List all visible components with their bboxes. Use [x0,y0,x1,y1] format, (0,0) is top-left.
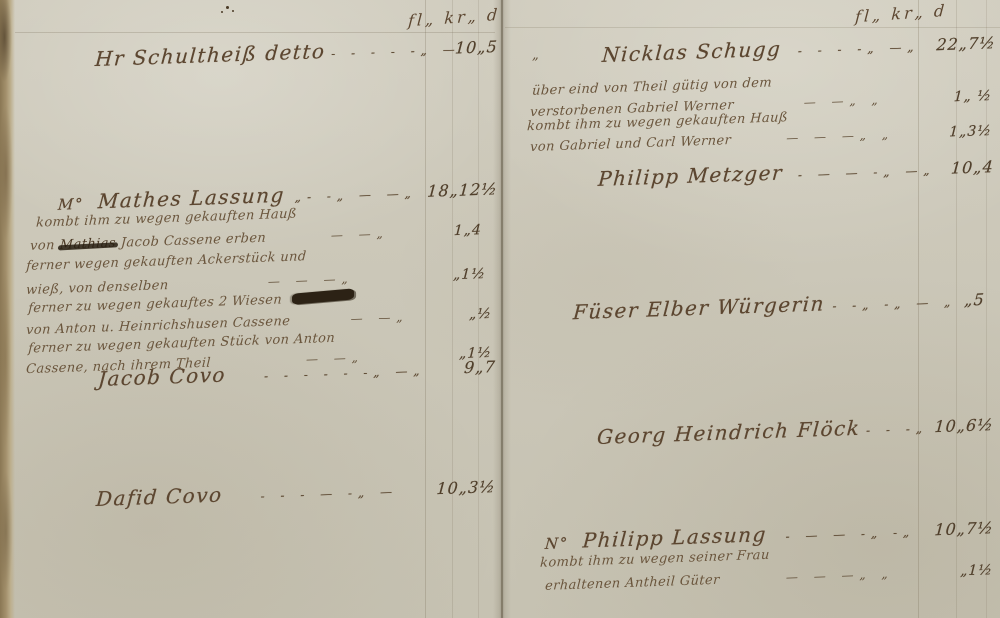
entry-georg-floeck: Georg Heindrich Flöck - - -„ —„ 10„6½ [596,411,994,449]
entry-amount: „5 [964,290,986,310]
entry-dafid-covo: Dafid Covo - - - — -„ — 10„3½ [95,473,496,511]
dash-leader: — —„ [290,308,469,328]
line-amount: 1„ ½ [953,88,992,105]
entry-amount: 22„7½ [936,33,997,54]
dash-leader: - - - -„ —„ [781,39,937,58]
entry-title: Jacob Covo [97,362,227,391]
dash-leader: - — — -„ -„ [766,524,935,544]
money-column-header-right: fl„ kr„ d [854,1,947,27]
entry-title: Füser Elber Würgerin [572,291,826,324]
entry-philipp-metzger: Philipp Metzger - — — -„ —„ 10„4 [597,153,994,191]
entry-title: Dafid Covo [95,483,223,511]
dash-leader: - - - - -„ —„ [325,42,456,61]
detail-text: über eind von Theil gütig von dem [532,75,773,98]
detail-text: Jacob Cassene erben [120,231,266,251]
ditto-mark: „ [532,48,539,63]
line-amount: „1½ [960,562,994,579]
entry-prefix: N° [544,534,569,553]
entry-prefix: M° [57,195,84,214]
entry-title: Georg Heindrich Flöck [596,416,861,449]
entry-amount: 10„5 [454,37,498,58]
gutter-fold-line [501,0,503,618]
detail-text: von [30,238,56,254]
dash-leader: - - -„ —„ [860,421,935,438]
deckle-edge [0,0,15,618]
entry-schultheiss: Hr Schultheiß detto - - - - -„ —„ 10„5 [94,33,498,71]
dash-leader: - - - - - -„ —„ [225,362,464,384]
ink-speck [226,6,229,9]
ink-blot [292,288,354,304]
dash-leader: - - - — -„ — [222,483,437,505]
header-rule [15,32,495,33]
ink-speck [232,10,234,12]
ledger-scan: fl„ kr„ d Hr Schultheiß detto - - - - -„… [0,0,1000,618]
entry-title: Nicklas Schugg [601,37,782,67]
line-amount: „½ [469,306,493,323]
money-column-header-left: fl„ kr„ d [407,5,500,31]
dash-leader: - — — -„ —„ [782,163,951,183]
dash-leader: — — —„ „ [731,125,950,147]
line-amount: 1„3½ [949,123,992,141]
dash-leader: - -„ -„ — „ [824,295,964,314]
entry-amount: 18„12½ [427,179,499,201]
entry-amount: 10„3½ [436,477,497,498]
detail-text: ferner wegen gekauften Ackerstück und [26,249,307,274]
entry-amount: 9„7 [463,357,496,377]
detail-text: erhaltenen Antheil Güter [545,573,720,594]
ink-speck [221,11,223,13]
dash-leader: — — —„ „ [719,564,960,586]
detail-text: wieß, von denselben [26,278,169,298]
entry-amount: 10„7½ [934,518,995,539]
entry-fuser-elber: Füser Elber Würgerin - -„ -„ — „ „5 [572,286,985,324]
entry-amount: 10„4 [950,157,994,178]
line-amount: 1„4 [453,222,482,239]
entry-title: Philipp Metzger [597,160,784,191]
entry-nicklas-schugg: Nicklas Schugg - - - -„ —„ 22„7½ [601,29,996,67]
strikethrough-word: Mathias [59,236,116,253]
entry-amount: 10„6½ [934,415,995,436]
detail-text: von Gabriel und Carl Werner [530,133,732,155]
entry-title: Hr Schultheiß detto [94,39,326,71]
line-amount: „1½ [453,266,487,283]
header-rule [505,27,1000,28]
